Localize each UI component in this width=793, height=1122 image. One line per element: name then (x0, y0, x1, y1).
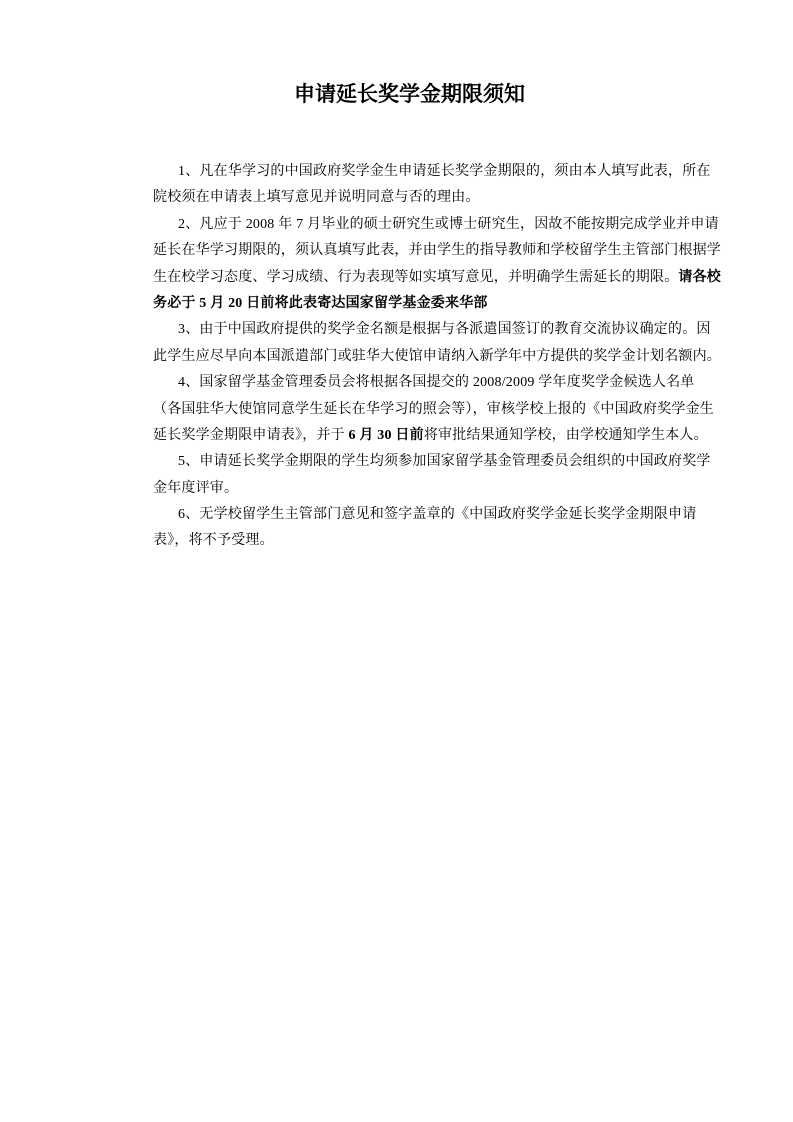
text-segment: 3、由于中国政府提供的奖学金名额是根据与各派遣国签订的教育交流协议确定的。因 (178, 322, 711, 337)
text-segment: 生在校学习态度、学习成绩、行为表现等如实填写意见，并明确学生需延长的期限。 (153, 270, 678, 285)
text-segment: 此学生应尽早向本国派遣部门或驻华大使馆申请纳入新学年中方提供的奖学金计划名额内。 (153, 349, 721, 364)
paragraph-2-line-2: 延长在华学习期限的，须认真填写此表，并由学生的指导教师和学校留学生主管部门根据学 (153, 238, 718, 264)
text-segment: 将审批结果通知学校，由学校通知学生本人。 (424, 428, 708, 443)
paragraph-4-line-2: （各国驻华大使馆同意学生延长在华学习的照会等），审核学校上报的《中国政府奖学金生 (153, 397, 718, 423)
text-segment: 2、凡应于 2008 年 7 月毕业的硕士研究生或博士研究生，因故不能按期完成学… (178, 217, 719, 232)
paragraph-2-line-1: 2、凡应于 2008 年 7 月毕业的硕士研究生或博士研究生，因故不能按期完成学… (153, 212, 718, 238)
bold-text-segment: 6 月 30 日前 (349, 428, 424, 443)
paragraph-4-line-1: 4、国家留学基金管理委员会将根据各国提交的 2008/2009 学年度奖学金候选… (153, 370, 718, 396)
paragraph-4-line-3: 延长奖学金期限申请表》，并于 6 月 30 日前将审批结果通知学校，由学校通知学… (153, 423, 718, 449)
text-segment: 延长奖学金期限申请表》，并于 (153, 428, 349, 443)
text-segment: 4、国家留学基金管理委员会将根据各国提交的 2008/2009 学年度奖学金候选… (178, 375, 695, 390)
text-segment: 5、申请延长奖学金期限的学生均须参加国家留学基金管理委员会组织的中国政府奖学 (178, 454, 711, 469)
text-segment: 6、无学校留学生主管部门意见和签字盖章的《中国政府奖学金延长奖学金期限申请 (178, 507, 696, 522)
paragraph-5-line-1: 5、申请延长奖学金期限的学生均须参加国家留学基金管理委员会组织的中国政府奖学 (153, 449, 718, 475)
document-page: 申请延长奖学金期限须知 1、凡在华学习的中国政府奖学金生申请延长奖学金期限的，须… (0, 0, 793, 1122)
paragraph-3-line-1: 3、由于中国政府提供的奖学金名额是根据与各派遣国签订的教育交流协议确定的。因 (153, 317, 718, 343)
paragraph-2-line-4: 务必于 5 月 20 日前将此表寄达国家留学基金委来华部 (153, 291, 718, 317)
document-body: 1、凡在华学习的中国政府奖学金生申请延长奖学金期限的，须由本人填写此表，所在 院… (153, 159, 718, 555)
text-segment: （各国驻华大使馆同意学生延长在华学习的照会等），审核学校上报的《中国政府奖学金生 (153, 402, 714, 417)
text-segment: 金年度评审。 (153, 481, 238, 496)
text-segment: 表》，将不予受理。 (153, 533, 274, 548)
paragraph-1-line-2: 院校须在申请表上填写意见并说明同意与否的理由。 (153, 185, 718, 211)
document-title: 申请延长奖学金期限须知 (0, 82, 793, 108)
bold-text-segment: 请各校 (678, 270, 721, 285)
paragraph-3-line-2: 此学生应尽早向本国派遣部门或驻华大使馆申请纳入新学年中方提供的奖学金计划名额内。 (153, 344, 718, 370)
paragraph-1-line-1: 1、凡在华学习的中国政府奖学金生申请延长奖学金期限的，须由本人填写此表，所在 (153, 159, 718, 185)
text-segment: 院校须在申请表上填写意见并说明同意与否的理由。 (153, 190, 480, 205)
paragraph-6-line-1: 6、无学校留学生主管部门意见和签字盖章的《中国政府奖学金延长奖学金期限申请 (153, 502, 718, 528)
paragraph-2-line-3: 生在校学习态度、学习成绩、行为表现等如实填写意见，并明确学生需延长的期限。请各校 (153, 265, 718, 291)
paragraph-5-line-2: 金年度评审。 (153, 476, 718, 502)
text-segment: 延长在华学习期限的，须认真填写此表，并由学生的指导教师和学校留学生主管部门根据学 (153, 243, 721, 258)
paragraph-6-line-2: 表》，将不予受理。 (153, 528, 718, 554)
bold-text-segment: 务必于 5 月 20 日前将此表寄达国家留学基金委来华部 (153, 296, 488, 311)
text-segment: 1、凡在华学习的中国政府奖学金生申请延长奖学金期限的，须由本人填写此表，所在 (178, 164, 711, 179)
